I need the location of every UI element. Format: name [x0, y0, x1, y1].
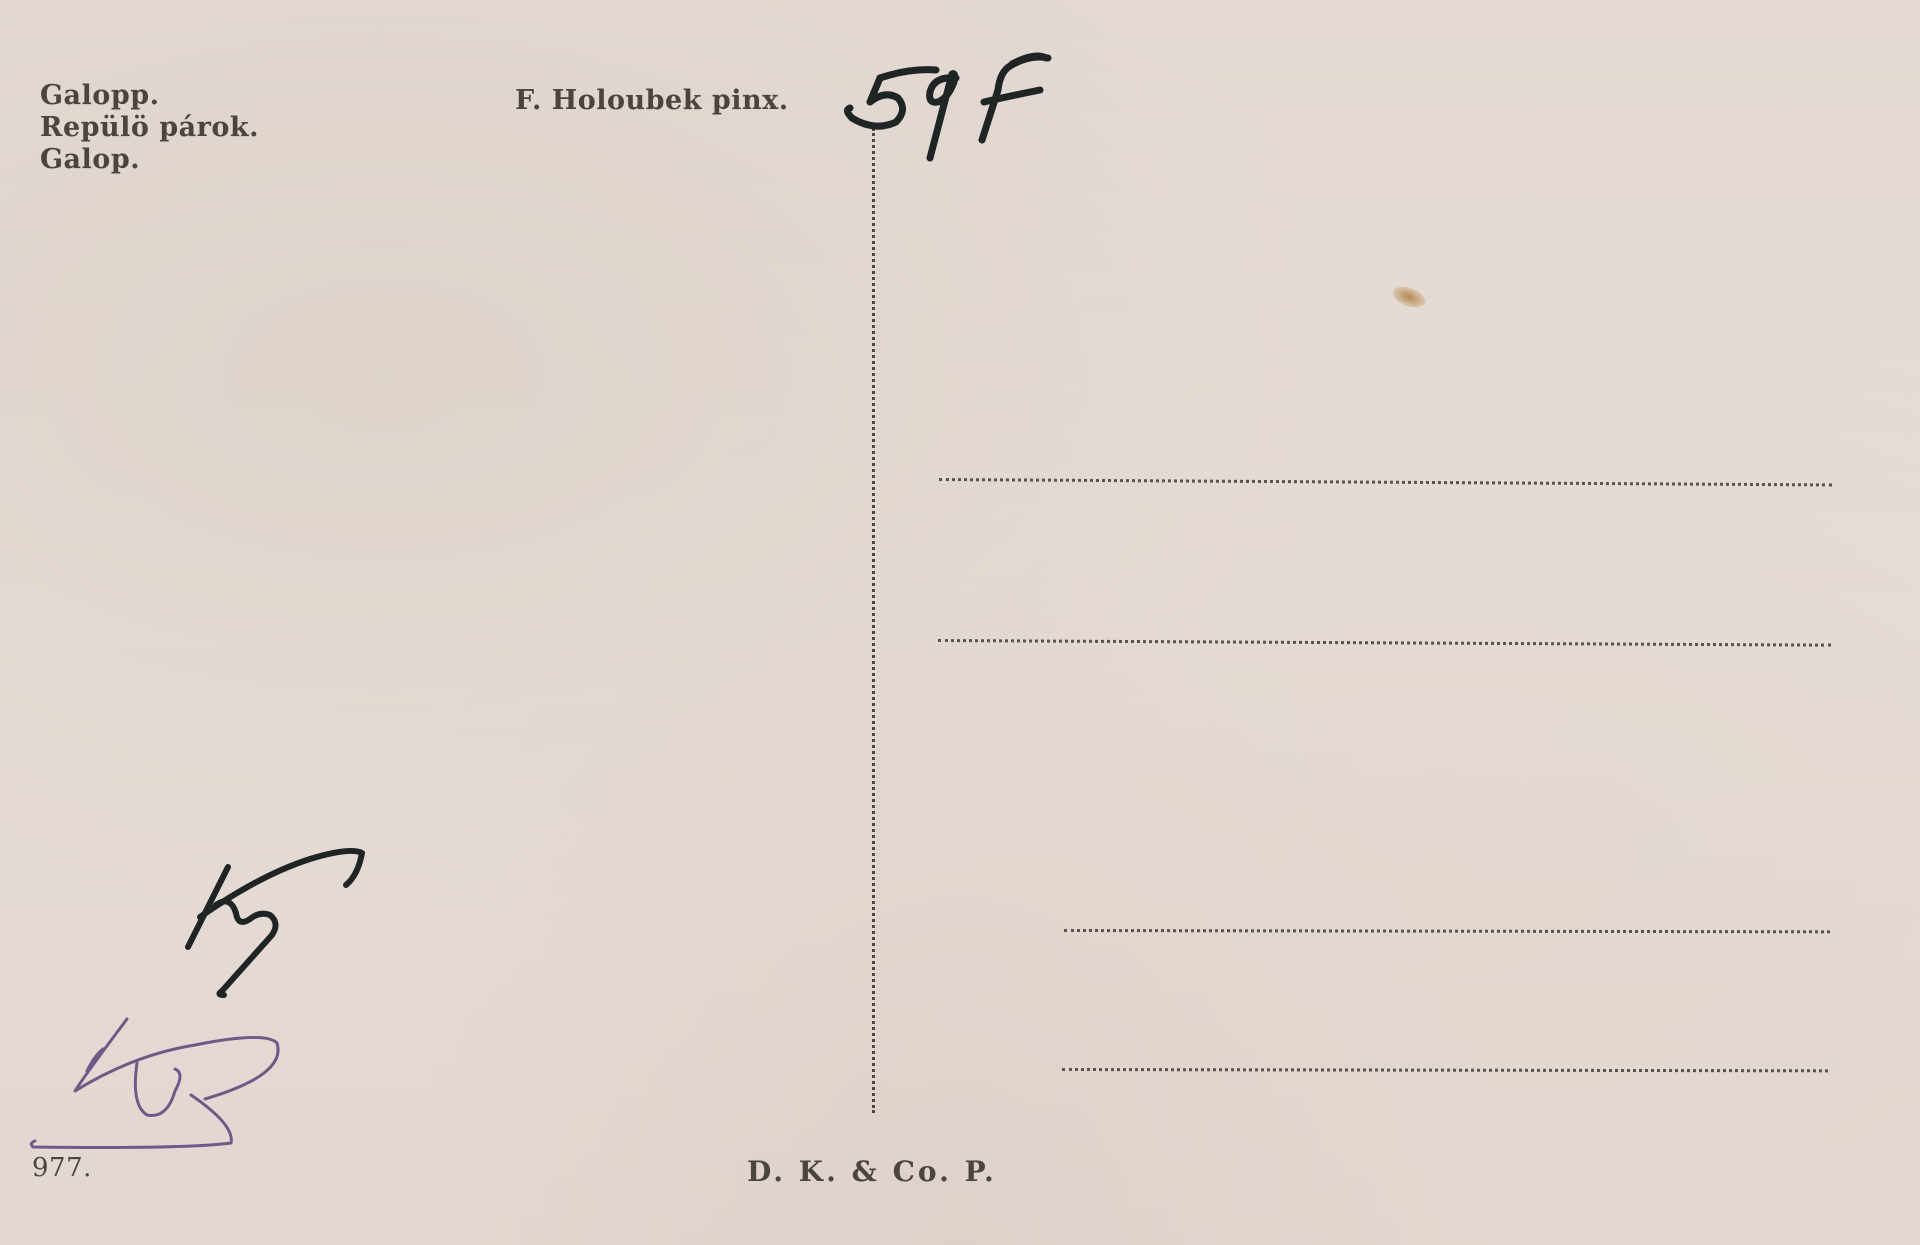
title-line-hungarian: Repülö párok. [40, 112, 259, 144]
address-line-4 [1062, 1068, 1828, 1072]
address-line-3 [1064, 929, 1830, 933]
card-number: 977. [32, 1153, 92, 1183]
black-signature-icon [180, 835, 380, 1020]
stain-mark [1390, 283, 1428, 312]
handwritten-59f-icon [830, 40, 1070, 180]
center-divider [872, 128, 875, 1113]
purple-signature-icon [25, 1015, 295, 1155]
address-line-1 [939, 478, 1832, 486]
title-line-czech: Galop. [40, 144, 259, 176]
title-block: Galopp. Repülö párok. Galop. [40, 80, 259, 176]
title-line-german: Galopp. [40, 80, 259, 112]
publisher-imprint: D. K. & Co. P. [747, 1155, 997, 1188]
address-line-2 [938, 639, 1831, 647]
postcard-back: Galopp. Repülö párok. Galop. F. Holoubek… [0, 0, 1920, 1245]
artist-credit: F. Holoubek pinx. [515, 85, 789, 116]
